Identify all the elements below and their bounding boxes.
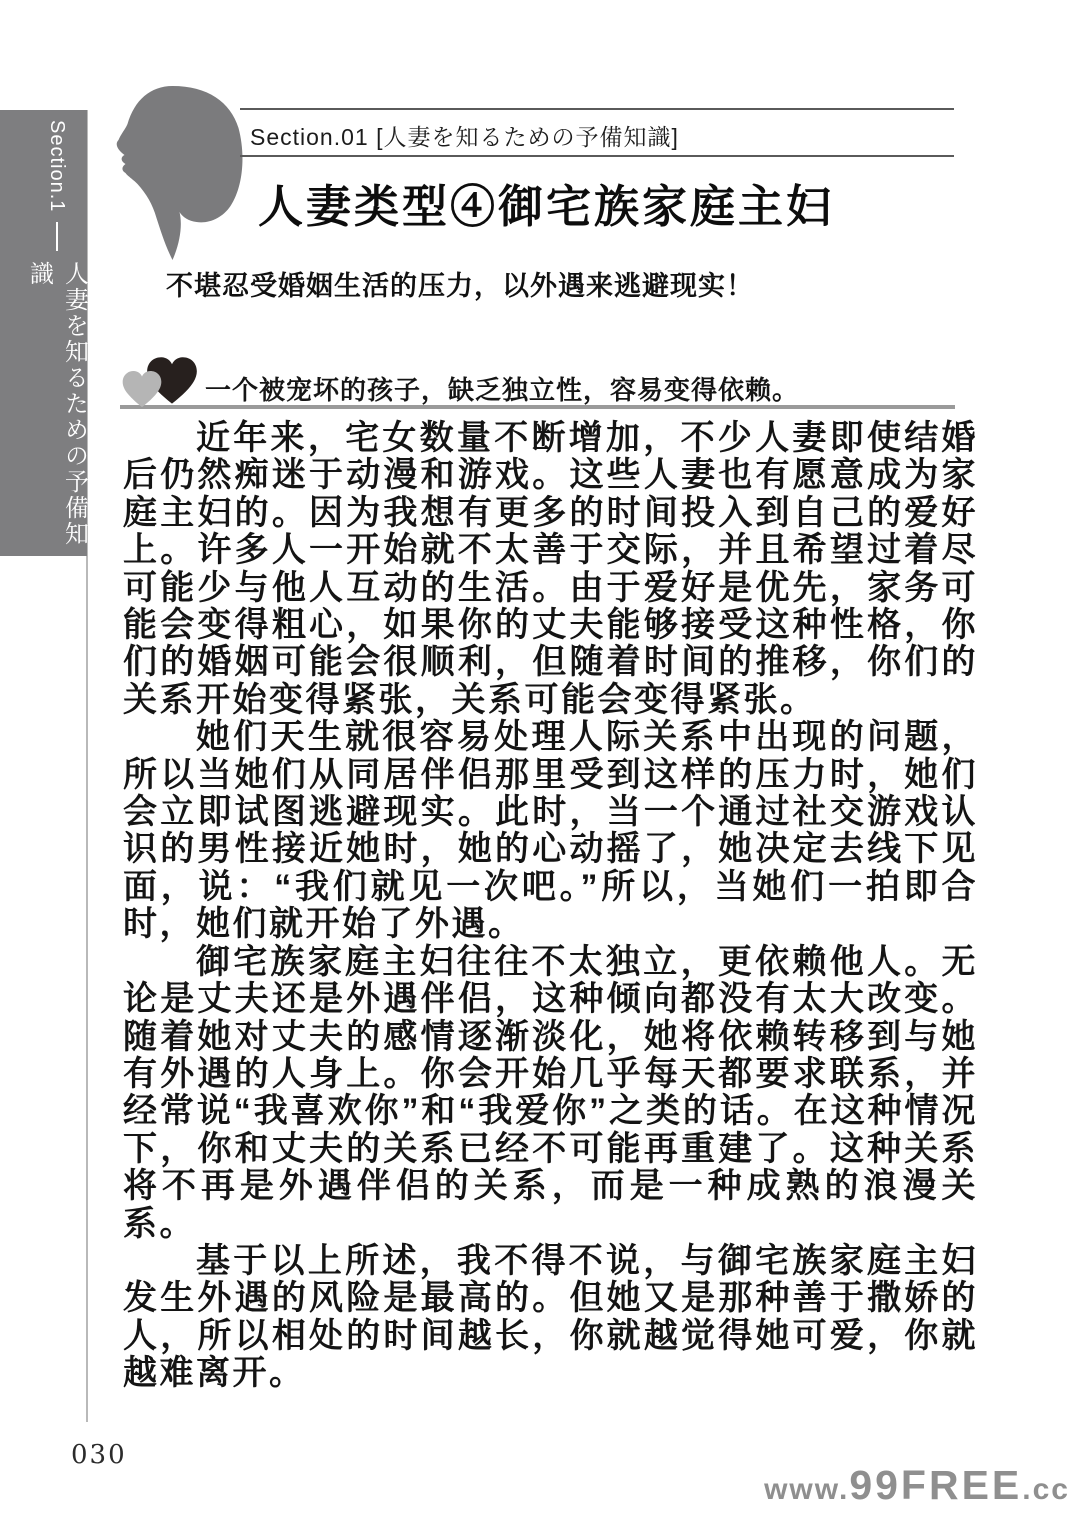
section-sidebar: Section.1 人妻を知るための予備知識 <box>0 110 87 556</box>
body-text: 近年来，宅女数量不断增加，不少人妻即使结婚后仍然痴迷于动漫和游戏。这些人妻也有愿… <box>123 420 978 1393</box>
kicker-rule-top <box>240 108 954 110</box>
sidebar-divider <box>56 222 58 250</box>
book-page: Section.1 人妻を知るための予備知識 Section.01 [人妻を知る… <box>0 0 1080 1532</box>
watermark-name: 99FREE <box>849 1462 1022 1509</box>
watermark: www. 99FREE .cc <box>764 1462 1070 1509</box>
page-number: 030 <box>71 1440 127 1470</box>
sidebar-section-title: 人妻を知るための予備知識 <box>22 261 92 556</box>
heart-gray-icon <box>121 370 163 409</box>
highlight-rule <box>120 405 955 409</box>
paragraph-4: 基于以上所述，我不得不说，与御宅族家庭主妇发生外遇的风险是最高的。但她又是那种善… <box>123 1243 978 1393</box>
page-title: 人妻类型④御宅族家庭主妇 <box>258 170 958 235</box>
hearts-icon <box>121 356 203 412</box>
watermark-suffix: .cc <box>1022 1473 1070 1507</box>
page-subtitle: 不堪忍受婚姻生活的压力，以外遇来逃避现实！ <box>166 264 966 303</box>
paragraph-3: 御宅族家庭主妇往往不太独立，更依赖他人。无论是丈夫还是外遇伴侣，这种倾向都没有太… <box>123 944 978 1243</box>
paragraph-1: 近年来，宅女数量不断增加，不少人妻即使结婚后仍然痴迷于动漫和游戏。这些人妻也有愿… <box>123 420 978 719</box>
watermark-prefix: www. <box>764 1473 849 1507</box>
kicker-rule-bottom <box>240 155 954 157</box>
woman-silhouette-icon <box>112 84 248 264</box>
sidebar-section-number: Section.1 <box>45 120 68 212</box>
section-kicker: Section.01 [人妻を知るための予備知識] <box>250 119 950 152</box>
paragraph-2: 她们天生就很容易处理人际关系中出现的问题，所以当她们从同居伴侣那里受到这样的压力… <box>123 719 978 943</box>
highlight-text: 一个被宠坏的孩子，缺乏独立性，容易变得依赖。 <box>205 370 965 407</box>
